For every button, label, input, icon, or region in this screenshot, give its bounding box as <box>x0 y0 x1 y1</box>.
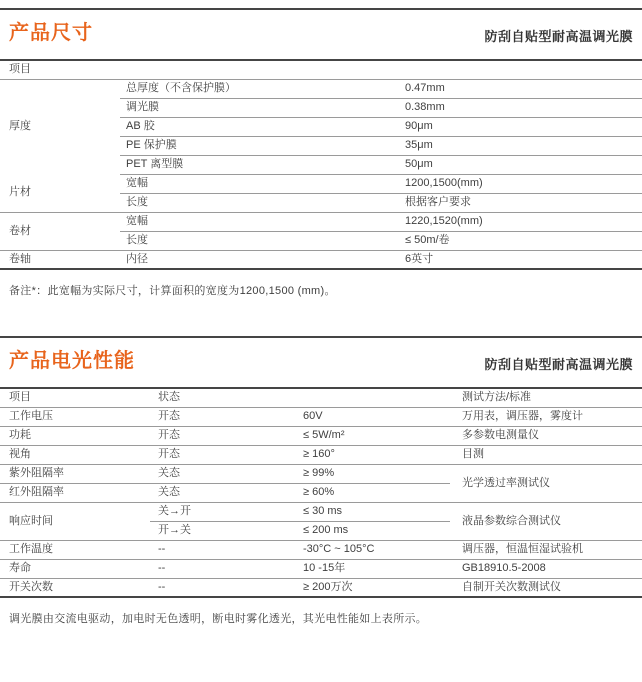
row-value: 1200,1500(mm) <box>402 174 642 193</box>
product-name: 防刮自贴型耐高温调光膜 <box>484 356 633 374</box>
row-state: 关态 <box>150 483 295 502</box>
group-label-roll: 卷材 <box>0 212 120 250</box>
section1-title: 产品尺寸 <box>9 20 93 46</box>
row-label: 调光膜 <box>120 98 402 117</box>
row-state: -- <box>150 578 295 597</box>
row-method: 液晶参数综合测试仪 <box>450 502 642 540</box>
row-value: ≤ 200 ms <box>295 521 450 540</box>
row-label: PE 保护膜 <box>120 136 402 155</box>
row-value: ≤ 30 ms <box>295 502 450 521</box>
table-row: 响应时间 关→开 ≤ 30 ms 液晶参数综合测试仪 <box>0 502 642 521</box>
table-row: 工作电压 开态 60V 万用表，调压器，雾度计 <box>0 407 642 426</box>
row-label: 长度 <box>120 231 402 250</box>
column-header-method: 测试方法/标准 <box>450 388 642 407</box>
group-label-core: 卷轴 <box>0 250 120 269</box>
row-item: 工作电压 <box>0 407 150 426</box>
row-label: AB 胶 <box>120 117 402 136</box>
row-method: 多参数电测量仪 <box>450 426 642 445</box>
row-state: 开态 <box>150 426 295 445</box>
row-method: 目测 <box>450 445 642 464</box>
row-value: ≥ 60% <box>295 483 450 502</box>
row-value: 35μm <box>402 136 642 155</box>
column-header-item: 项目 <box>0 60 642 79</box>
row-state: 开态 <box>150 407 295 426</box>
row-value: ≤ 50m/卷 <box>402 231 642 250</box>
column-header-item: 项目 <box>0 388 150 407</box>
row-value: 60V <box>295 407 450 426</box>
table-row: 卷轴 内径 6英寸 <box>0 250 642 269</box>
table-header-row: 项目 状态 测试方法/标准 <box>0 388 642 407</box>
table-row: 功耗 开态 ≤ 5W/m² 多参数电测量仪 <box>0 426 642 445</box>
row-label: 宽幅 <box>120 212 402 231</box>
row-value: 1220,1520(mm) <box>402 212 642 231</box>
row-item: 视角 <box>0 445 150 464</box>
group-label-thickness: 厚度 <box>0 79 120 174</box>
row-item: 开关次数 <box>0 578 150 597</box>
product-name: 防刮自贴型耐高温调光膜 <box>484 28 633 46</box>
row-value: 0.38mm <box>402 98 642 117</box>
row-state: -- <box>150 559 295 578</box>
row-value: ≥ 99% <box>295 464 450 483</box>
column-header-state: 状态 <box>150 388 295 407</box>
section2-title: 产品电光性能 <box>9 348 135 374</box>
column-header-value <box>295 388 450 407</box>
table-row: 卷材 宽幅 1220,1520(mm) <box>0 212 642 231</box>
row-item: 红外阻隔率 <box>0 483 150 502</box>
row-label: 内径 <box>120 250 402 269</box>
row-value: 6英寸 <box>402 250 642 269</box>
table-row: 视角 开态 ≥ 160° 目测 <box>0 445 642 464</box>
section1-note: 备注*：此宽幅为实际尺寸，计算面积的宽度为1200,1500 (mm)。 <box>0 282 642 298</box>
product-dimensions-table: 项目 厚度 总厚度（不含保护膜） 0.47mm 调光膜 0.38mm AB 胶 … <box>0 59 642 270</box>
table-row: 开关次数 -- ≥ 200万次 自制开关次数测试仪 <box>0 578 642 597</box>
row-state: 开→关 <box>150 521 295 540</box>
group-label-sheet: 片材 <box>0 174 120 212</box>
row-value: ≥ 160° <box>295 445 450 464</box>
row-label: 宽幅 <box>120 174 402 193</box>
row-value: -30°C ~ 105°C <box>295 540 450 559</box>
row-value: 根据客户要求 <box>402 193 642 212</box>
table-row: 紫外阻隔率 关态 ≥ 99% 光学透过率测试仪 <box>0 464 642 483</box>
row-method: 调压器，恒温恒湿试验机 <box>450 540 642 559</box>
table-row: 工作温度 -- -30°C ~ 105°C 调压器，恒温恒湿试验机 <box>0 540 642 559</box>
row-method: 光学透过率测试仪 <box>450 464 642 502</box>
row-value: 0.47mm <box>402 79 642 98</box>
row-item: 寿命 <box>0 559 150 578</box>
row-state: 关→开 <box>150 502 295 521</box>
row-label: 长度 <box>120 193 402 212</box>
section2-header: 产品电光性能 防刮自贴型耐高温调光膜 <box>0 338 642 387</box>
row-item: 功耗 <box>0 426 150 445</box>
row-state: 关态 <box>150 464 295 483</box>
row-item: 紫外阻隔率 <box>0 464 150 483</box>
row-value: ≤ 5W/m² <box>295 426 450 445</box>
row-method: 万用表，调压器，雾度计 <box>450 407 642 426</box>
row-label: 总厚度（不含保护膜） <box>120 79 402 98</box>
row-value: 10 -15年 <box>295 559 450 578</box>
table-header-row: 项目 <box>0 60 642 79</box>
row-method: 自制开关次数测试仪 <box>450 578 642 597</box>
section2-footer-note: 调光膜由交流电驱动，加电时无色透明，断电时雾化透光，其光电性能如上表所示。 <box>0 610 642 626</box>
row-method: GB18910.5-2008 <box>450 559 642 578</box>
row-state: -- <box>150 540 295 559</box>
table-row: 寿命 -- 10 -15年 GB18910.5-2008 <box>0 559 642 578</box>
section1-header: 产品尺寸 防刮自贴型耐高温调光膜 <box>0 10 642 59</box>
row-value: ≥ 200万次 <box>295 578 450 597</box>
row-state: 开态 <box>150 445 295 464</box>
row-item: 工作温度 <box>0 540 150 559</box>
row-value: 50μm <box>402 155 642 174</box>
table-row: 片材 宽幅 1200,1500(mm) <box>0 174 642 193</box>
row-item: 响应时间 <box>0 502 150 540</box>
table-row: 厚度 总厚度（不含保护膜） 0.47mm <box>0 79 642 98</box>
spec-sheet-page: 产品尺寸 防刮自贴型耐高温调光膜 项目 厚度 总厚度（不含保护膜） 0.47mm… <box>0 8 642 626</box>
row-value: 90μm <box>402 117 642 136</box>
electro-optical-table: 项目 状态 测试方法/标准 工作电压 开态 60V 万用表，调压器，雾度计 功耗… <box>0 387 642 598</box>
row-label: PET 离型膜 <box>120 155 402 174</box>
